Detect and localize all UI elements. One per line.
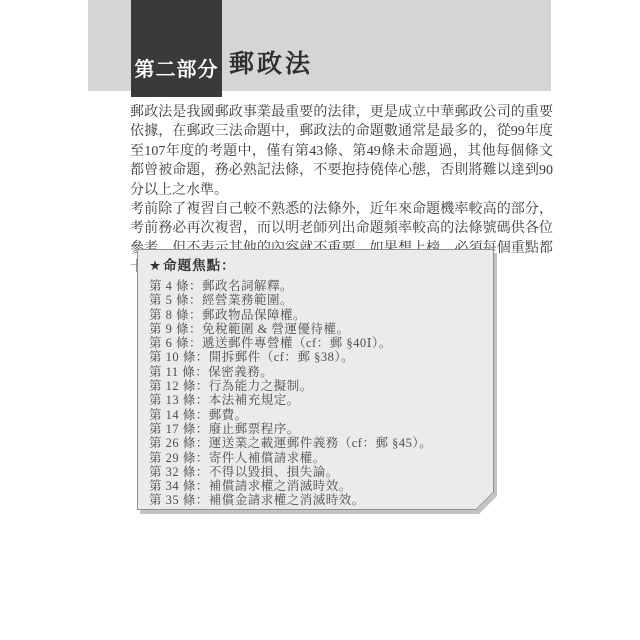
- chapter-title: 郵政法: [229, 50, 313, 79]
- focus-item: 第 35 條：補償金請求權之消滅時效。: [149, 493, 481, 507]
- focus-heading: ★命題焦點：: [149, 256, 481, 275]
- focus-item: 第 6 條：遞送郵件專營權（cf：郵 §40Ⅰ）。: [149, 336, 481, 350]
- intro-paragraph-1: 郵政法是我國郵政事業最重要的法律，更是成立中華郵政公司的重要依據，在郵政三法命題…: [130, 103, 553, 200]
- focus-item: 第 32 條：不得以毀損、損失論。: [149, 465, 481, 479]
- focus-item: 第 17 條：廢止郵票程序。: [149, 422, 481, 436]
- focus-item: 第 10 條：開拆郵件（cf：郵 §38）。: [149, 350, 481, 364]
- part-number-box: 第二部分: [131, 0, 222, 97]
- star-icon: ★: [149, 258, 162, 273]
- focus-item: 第 26 條：運送業之載運郵件義務（cf：郵 §45）。: [149, 436, 481, 450]
- focus-item: 第 29 條：寄件人補償請求權。: [149, 451, 481, 465]
- focus-item: 第 8 條：郵政物品保障權。: [149, 308, 481, 322]
- focus-item: 第 5 條：經營業務範圍。: [149, 293, 481, 307]
- focus-item: 第 34 條：補償請求權之消滅時效。: [149, 479, 481, 493]
- focus-heading-text: 命題焦點：: [163, 258, 236, 273]
- focus-item: 第 14 條：郵費。: [149, 408, 481, 422]
- focus-item: 第 9 條：免稅範圍 & 營運優待權。: [149, 322, 481, 336]
- focus-item: 第 13 條：本法補充規定。: [149, 393, 481, 407]
- focus-list: 第 4 條：郵政名詞解釋。第 5 條：經營業務範圍。第 8 條：郵政物品保障權。…: [149, 279, 481, 508]
- focus-box: ★命題焦點： 第 4 條：郵政名詞解釋。第 5 條：經營業務範圍。第 8 條：郵…: [137, 249, 494, 510]
- focus-box-content: ★命題焦點： 第 4 條：郵政名詞解釋。第 5 條：經營業務範圍。第 8 條：郵…: [138, 250, 493, 509]
- focus-item: 第 12 條：行為能力之擬制。: [149, 379, 481, 393]
- focus-item: 第 11 條：保密義務。: [149, 365, 481, 379]
- part-number-label: 第二部分: [135, 53, 219, 82]
- focus-item: 第 4 條：郵政名詞解釋。: [149, 279, 481, 293]
- book-page: { "header": { "part_label": "第二部分", "cha…: [0, 0, 640, 640]
